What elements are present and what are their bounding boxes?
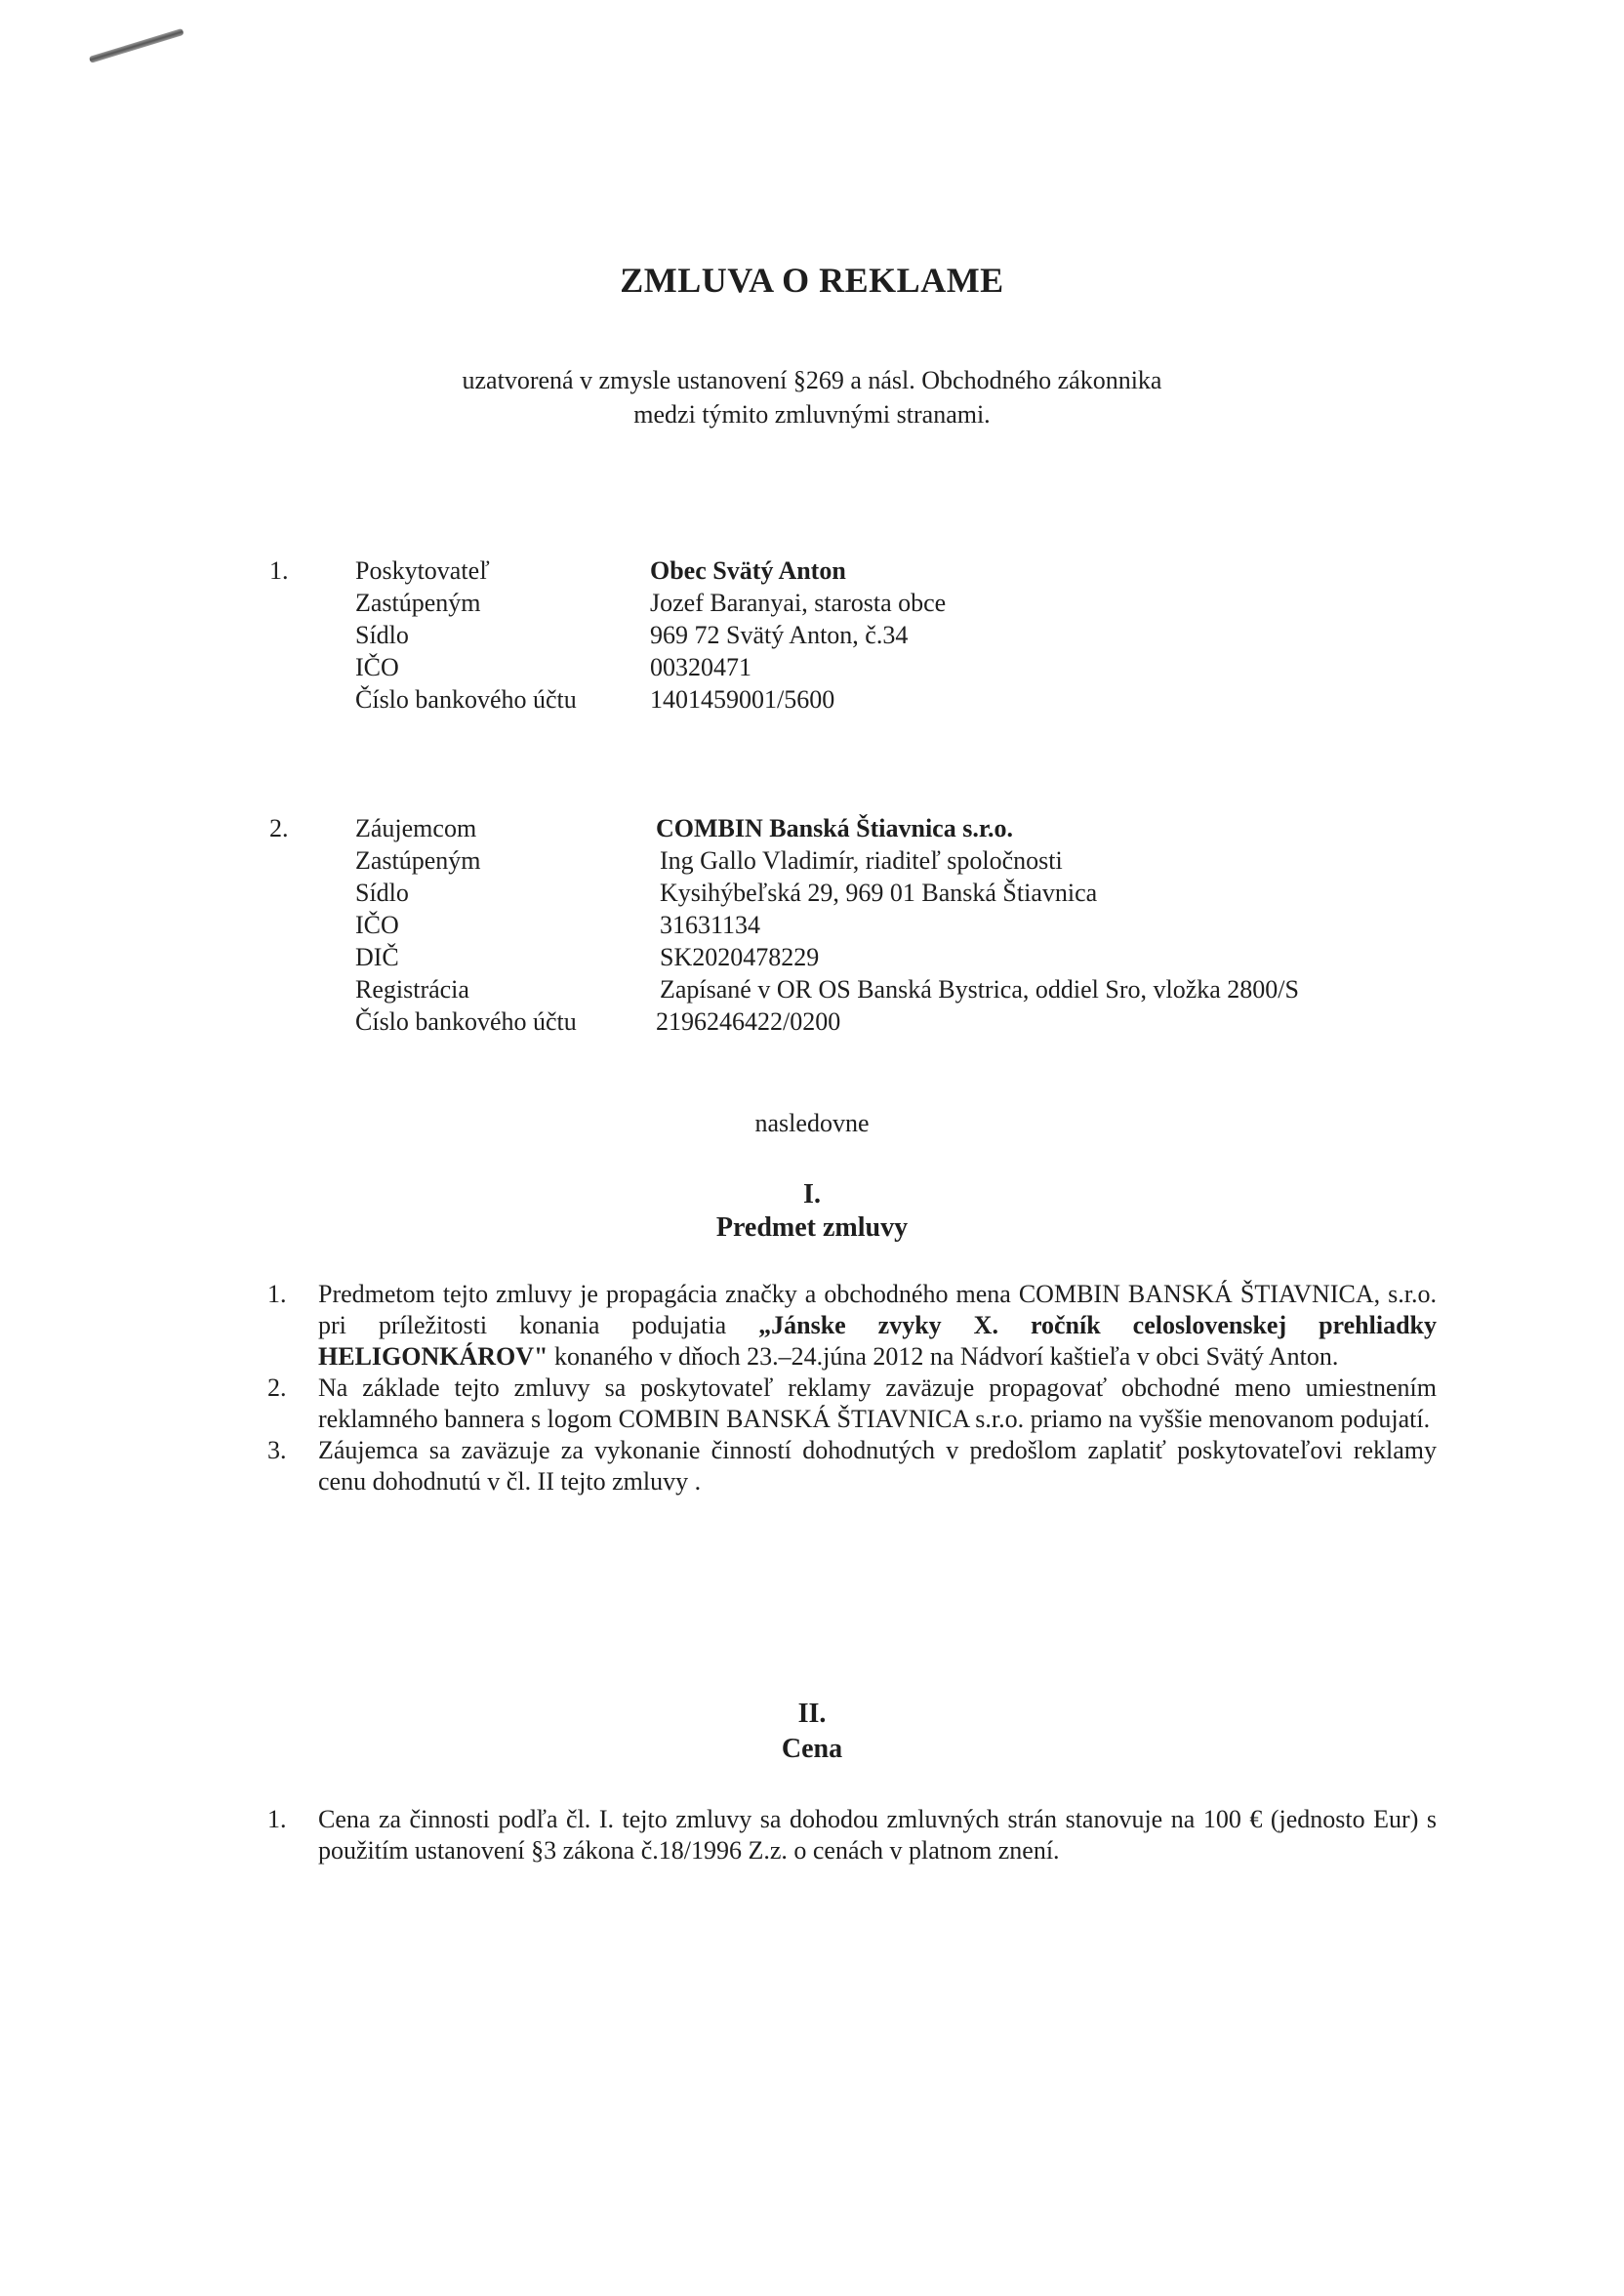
section-heading: Cena <box>0 1732 1624 1767</box>
list-item: 3. Záujemca sa zaväzuje za vykonanie čin… <box>295 1435 1437 1497</box>
party-label: Sídlo <box>355 877 409 909</box>
party-value: Kysihýbeľská 29, 969 01 Banská Štiavnica <box>660 877 1097 909</box>
party-value: 969 72 Svätý Anton, č.34 <box>650 619 908 651</box>
list-item: 1. Predmetom tejto zmluvy je propagácia … <box>295 1279 1437 1373</box>
party-value: SK2020478229 <box>660 941 819 973</box>
party-number: 2. <box>269 812 289 844</box>
party-label: Registrácia <box>355 973 469 1005</box>
item-text: Záujemca sa zaväzuje za vykonanie činnos… <box>318 1436 1437 1496</box>
item-number: 2. <box>267 1373 287 1404</box>
section-1-items: 1. Predmetom tejto zmluvy je propagácia … <box>295 1279 1437 1497</box>
party-label: Zastúpeným <box>355 587 481 619</box>
party-value: 2196246422/0200 <box>656 1005 840 1038</box>
party-value: Ing Gallo Vladimír, riaditeľ spoločnosti <box>660 844 1063 877</box>
section-2-items: 1. Cena za činnosti podľa čl. I. tejto z… <box>295 1804 1437 1866</box>
party-value: 31631134 <box>660 909 760 941</box>
subtitle-line: uzatvorená v zmysle ustanovení §269 a ná… <box>0 363 1624 397</box>
party-number: 1. <box>269 554 289 587</box>
contract-page: ZMLUVA O REKLAME uzatvorená v zmysle ust… <box>0 0 1624 2296</box>
party-value: Obec Svätý Anton <box>650 554 846 587</box>
section-numeral: II. <box>0 1697 1624 1732</box>
party-value: 1401459001/5600 <box>650 683 834 716</box>
staple-mark-icon <box>89 28 184 63</box>
party-value: Zapísané v OR OS Banská Bystrica, oddiel… <box>660 973 1299 1005</box>
list-item: 1. Cena za činnosti podľa čl. I. tejto z… <box>295 1804 1437 1866</box>
party-label: DIČ <box>355 941 399 973</box>
section-heading: Predmet zmluvy <box>0 1210 1624 1246</box>
list-item: 2. Na základe tejto zmluvy sa poskytovat… <box>295 1373 1437 1435</box>
party-label: Záujemcom <box>355 812 476 844</box>
party-label: Sídlo <box>355 619 409 651</box>
subtitle-line: medzi týmito zmluvnými stranami. <box>0 397 1624 431</box>
item-number: 3. <box>267 1435 287 1466</box>
party-value: 00320471 <box>650 651 751 683</box>
party-value: Jozef Baranyai, starosta obce <box>650 587 946 619</box>
item-text: Cena za činnosti podľa čl. I. tejto zmlu… <box>318 1805 1437 1865</box>
connector-text: nasledovne <box>0 1109 1624 1138</box>
item-text: Na základe tejto zmluvy sa poskytovateľ … <box>318 1373 1437 1433</box>
document-title: ZMLUVA O REKLAME <box>0 260 1624 301</box>
document-subtitle: uzatvorená v zmysle ustanovení §269 a ná… <box>0 363 1624 431</box>
item-number: 1. <box>267 1804 287 1835</box>
party-label: Zastúpeným <box>355 844 481 877</box>
party-label: Číslo bankového účtu <box>355 1005 577 1038</box>
party-label: IČO <box>355 909 399 941</box>
party-label: Poskytovateľ <box>355 554 490 587</box>
party-value: COMBIN Banská Štiavnica s.r.o. <box>656 812 1013 844</box>
section-numeral: I. <box>0 1177 1624 1212</box>
item-text: konaného v dňoch 23.–24.júna 2012 na Nád… <box>548 1342 1338 1371</box>
party-label: Číslo bankového účtu <box>355 683 577 716</box>
party-label: IČO <box>355 651 399 683</box>
item-number: 1. <box>267 1279 287 1310</box>
